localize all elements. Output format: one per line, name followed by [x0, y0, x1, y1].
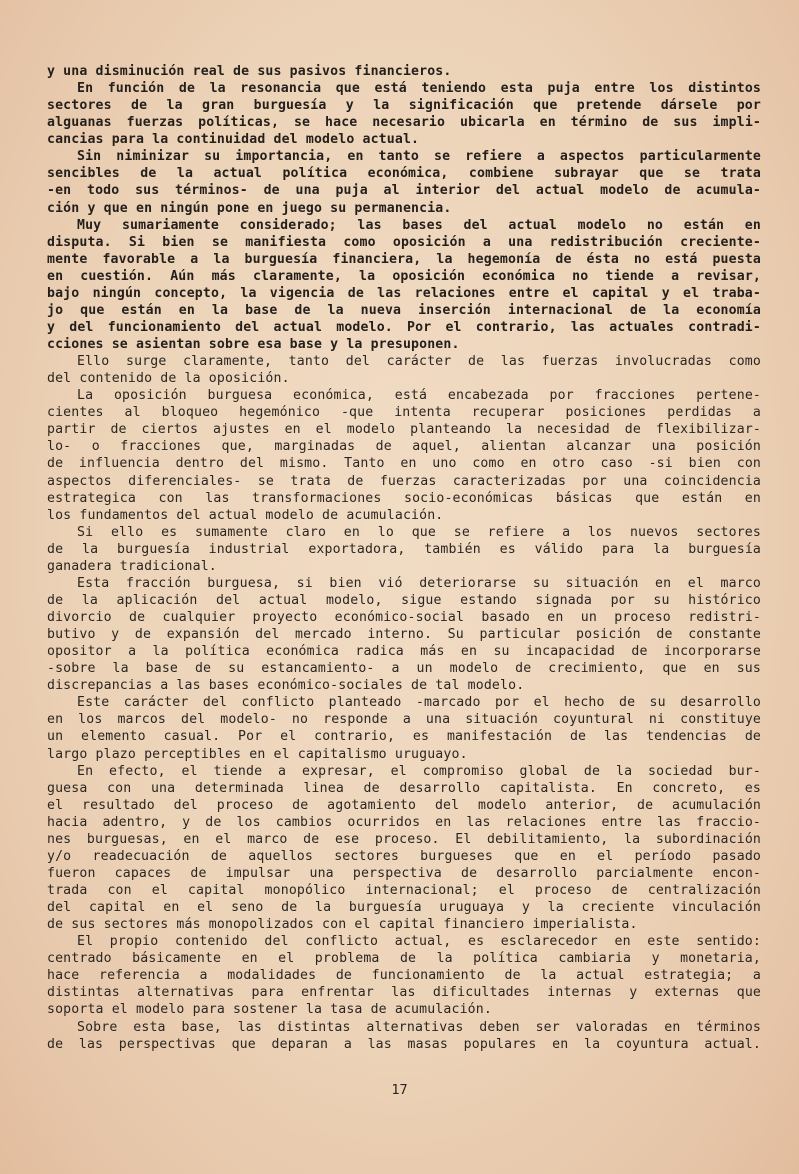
text-line: hacia adentro, y de los cambios ocurrido… [47, 814, 761, 831]
text-line: butivo y de expansión del mercado intern… [47, 626, 761, 643]
text-line: distintas alternativas para enfrentar la… [47, 984, 761, 1001]
text-line: sencibles de la actual política económic… [47, 165, 761, 182]
text-line: disputa. Si bien se manifiesta como opos… [47, 234, 761, 251]
text-line: ganadera tradicional. [47, 558, 761, 575]
text-line: guesa con una determinada linea de desar… [47, 780, 761, 797]
text-line: largo plazo perceptibles en el capitalis… [47, 746, 761, 763]
text-line: nes burguesas, en el marco de ese proces… [47, 831, 761, 848]
text-line: lo- o fracciones que, marginadas de aque… [47, 438, 761, 455]
text-line: partir de ciertos ajustes en el modelo p… [47, 421, 761, 438]
text-line: de influencia dentro del mismo. Tanto en… [47, 455, 761, 472]
text-line: en cuestión. Aún más claramente, la opos… [47, 268, 761, 285]
page-number: 17 [0, 1082, 799, 1098]
text-line: del contenido de la oposición. [47, 370, 761, 387]
body-text: y una disminución real de sus pasivos fi… [47, 63, 761, 1053]
text-line: y del funcionamiento del actual modelo. … [47, 319, 761, 336]
text-line: Muy sumariamente considerado; las bases … [47, 217, 761, 234]
text-line: discrepancias a las bases económico-soci… [47, 677, 761, 694]
text-line: de la burguesía industrial exportadora, … [47, 541, 761, 558]
text-line: La oposición burguesa económica, está en… [47, 387, 761, 404]
text-line: sectores de la gran burguesía y la signi… [47, 97, 761, 114]
text-line: Sobre esta base, las distintas alternati… [47, 1019, 761, 1036]
text-line: cciones se asientan sobre esa base y la … [47, 336, 761, 353]
text-line: de la aplicación del actual modelo, sigu… [47, 592, 761, 609]
text-line: cancias para la continuidad del modelo a… [47, 131, 761, 148]
text-line: Ello surge claramente, tanto del carácte… [47, 353, 761, 370]
text-line: de sus sectores más monopolizados con el… [47, 916, 761, 933]
text-line: Este carácter del conflicto planteado -m… [47, 694, 761, 711]
text-line: soporta el modelo para sostener la tasa … [47, 1001, 761, 1018]
text-line: cientes al bloqueo hegemónico -que inten… [47, 404, 761, 421]
text-line: hace referencia a modalidades de funcion… [47, 967, 761, 984]
text-line: un elemento casual. Por el contrario, es… [47, 728, 761, 745]
text-line: El propio contenido del conflicto actual… [47, 933, 761, 950]
text-line: estrategica con las transformaciones soc… [47, 490, 761, 507]
text-line: trada con el capital monopólico internac… [47, 882, 761, 899]
text-line: el resultado del proceso de agotamiento … [47, 797, 761, 814]
text-line: y/o readecuación de aquellos sectores bu… [47, 848, 761, 865]
text-line: mente favorable a la burguesía financier… [47, 251, 761, 268]
text-line: -sobre la base de su estancamiento- a un… [47, 660, 761, 677]
text-line: En efecto, el tiende a expresar, el comp… [47, 763, 761, 780]
text-line: en los marcos del modelo- no responde a … [47, 711, 761, 728]
text-line: -en todo sus términos- de una puja al in… [47, 182, 761, 199]
text-line: del capital en el seno de la burguesía u… [47, 899, 761, 916]
text-line: y una disminución real de sus pasivos fi… [47, 63, 761, 80]
text-line: En función de la resonancia que está ten… [47, 80, 761, 97]
text-line: Si ello es sumamente claro en lo que se … [47, 524, 761, 541]
text-line: aspectos diferenciales- se trata de fuer… [47, 473, 761, 490]
document-page: y una disminución real de sus pasivos fi… [0, 0, 799, 1174]
text-line: los fundamentos del actual modelo de acu… [47, 507, 761, 524]
text-line: jo que están en la base de la nueva inse… [47, 302, 761, 319]
text-line: Esta fracción burguesa, si bien vió dete… [47, 575, 761, 592]
text-line: Sin niminizar su importancia, en tanto s… [47, 148, 761, 165]
text-line: divorcio de cualquier proyecto económico… [47, 609, 761, 626]
text-line: opositor a la política económica radica … [47, 643, 761, 660]
text-line: ción y que en ningún pone en juego su pe… [47, 200, 761, 217]
text-line: centrado básicamente en el problema de l… [47, 950, 761, 967]
text-line: alguanas fuerzas políticas, se hace nece… [47, 114, 761, 131]
text-line: fueron capaces de impulsar una perspecti… [47, 865, 761, 882]
text-line: de las perspectivas que deparan a las ma… [47, 1036, 761, 1053]
text-line: bajo ningún concepto, la vigencia de las… [47, 285, 761, 302]
